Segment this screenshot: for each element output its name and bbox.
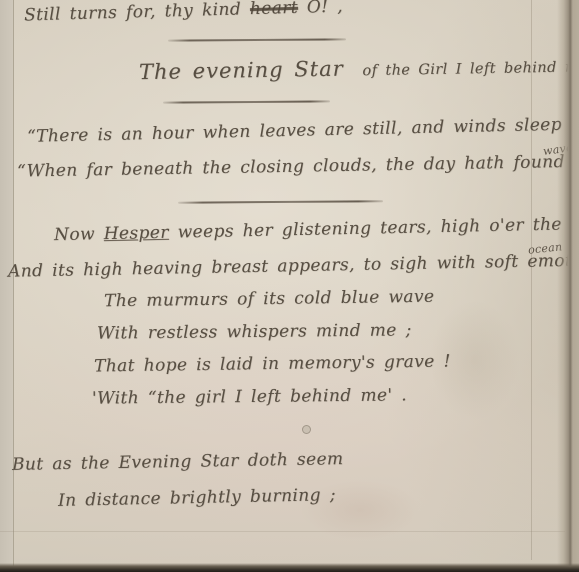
stanza1-line-4: With restless whispers mind me ; (97, 320, 412, 343)
left-gutter (0, 0, 14, 572)
paper-blemish (302, 425, 311, 434)
verse-fragment-line: Still turns for, thy kind heart O! , (24, 0, 343, 25)
handdrawn-rule (178, 200, 383, 203)
stanza1-post: weeps her glistening tears, high o'er th… (169, 213, 579, 243)
poem-title: The evening Star (139, 57, 344, 85)
page-right-edge (557, 0, 579, 572)
stanza1-hesper: Hesper (104, 223, 169, 244)
poem-subtitle: of the Girl I left behind me (362, 59, 579, 79)
stanza2-line-1: But as the Evening Star doth seem (12, 449, 344, 475)
handdrawn-rule (168, 38, 346, 41)
paper-crease (0, 531, 565, 532)
stanza2-line-2: In distance brightly burning ; (58, 485, 336, 511)
stanza1-line-1: Now Hesper weeps her glistening tears, h… (54, 213, 579, 245)
poem-title-line: The evening Star of the Girl I left behi… (139, 52, 579, 84)
fragment-text-post: O! , (298, 0, 344, 18)
stanza1-line-5: That hope is laid in memory's grave ! (94, 352, 451, 377)
stanza1-line-2: And its high heaving breast appears, to … (8, 250, 579, 281)
fragment-text-pre: Still turns for, thy kind (24, 0, 250, 25)
right-margin-rule (531, 0, 532, 560)
stanza1-line-6: 'With “the girl I left behind me' . (92, 385, 407, 408)
epigraph-line-1: “There is an hour when leaves are still,… (27, 113, 579, 147)
epigraph-line-2: “When far beneath the closing clouds, th… (17, 150, 579, 181)
stanza1-pre: Now (54, 224, 104, 245)
fragment-text-struck: heart (250, 0, 299, 19)
handdrawn-rule (163, 100, 330, 103)
page-bottom-edge (0, 563, 579, 572)
manuscript-page: Still turns for, thy kind heart O! , The… (0, 0, 579, 572)
stanza1-line-3: The murmurs of its cold blue wave (104, 287, 435, 312)
